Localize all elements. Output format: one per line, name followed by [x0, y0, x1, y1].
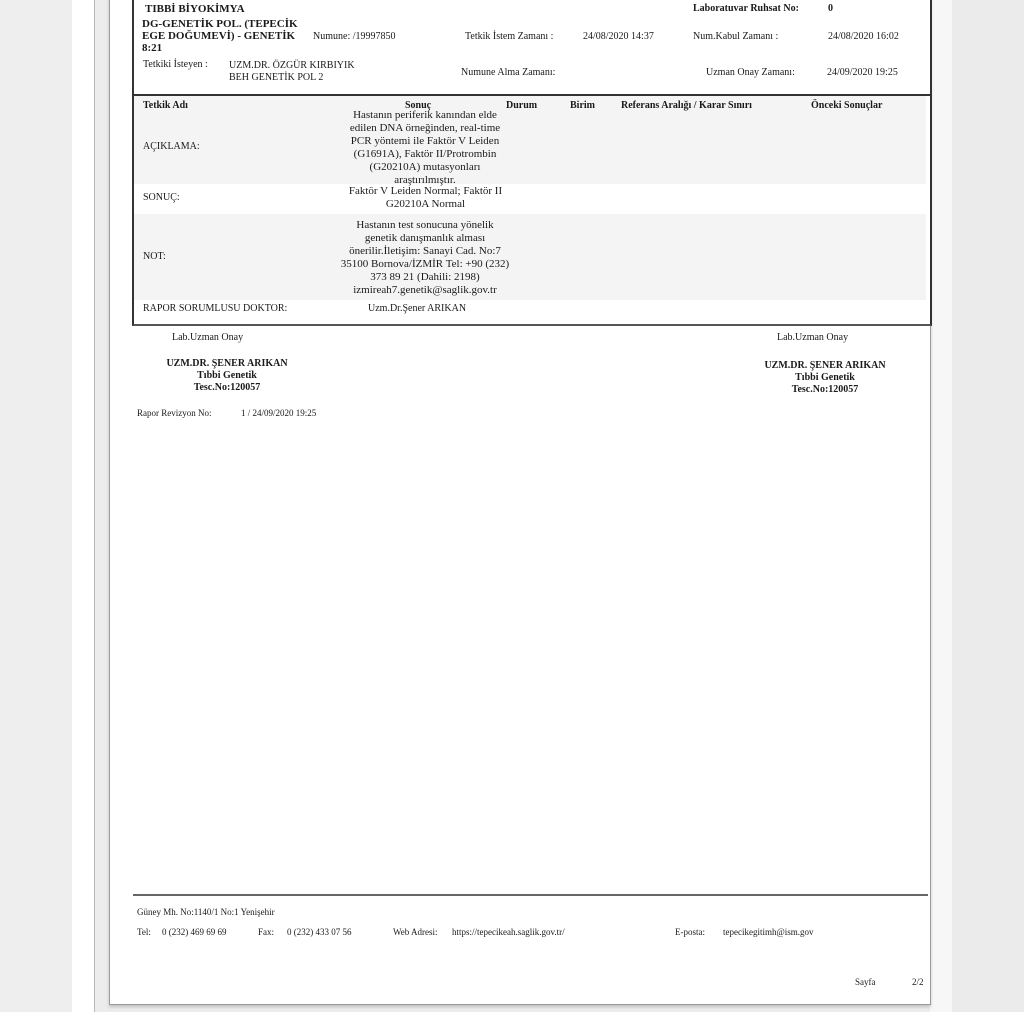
footer-fax-value: 0 (232) 433 07 56 — [287, 927, 352, 937]
unit-line-1: DG-GENETİK POL. (TEPECİK — [142, 18, 298, 30]
request-time-value: 24/08/2020 14:37 — [583, 31, 654, 42]
unit-name: DG-GENETİK POL. (TEPECİK EGE DOĞUMEVİ) -… — [142, 18, 298, 54]
approval-left-title: Lab.Uzman Onay — [172, 332, 243, 343]
acceptance-time-value: 24/08/2020 16:02 — [828, 31, 899, 42]
column-header-unit: Birim — [570, 100, 595, 111]
footer-tel-value: 0 (232) 469 69 69 — [162, 927, 227, 937]
revision-value: 1 / 24/09/2020 19:25 — [241, 408, 316, 418]
approval-right-title: Lab.Uzman Onay — [777, 332, 848, 343]
acceptance-time-label: Num.Kabul Zamanı : — [693, 31, 778, 42]
sample-number: Numune: /19997850 — [313, 31, 396, 42]
column-header-reference: Referans Aralığı / Karar Sınırı — [621, 100, 752, 111]
approval-left-registration: Tesc.No:120057 — [157, 382, 297, 394]
department-title: TIBBİ BİYOKİMYA — [145, 3, 245, 15]
requester-name: UZM.DR. ÖZGÜR KIRBIYIK — [229, 60, 355, 72]
footer-email-link[interactable]: tepecikegitimh@ism.gov — [723, 927, 814, 937]
sample-collection-label: Numune Alma Zamanı: — [461, 67, 555, 78]
footer-web-label: Web Adresi: — [393, 927, 438, 937]
approval-left-name: UZM.DR. ŞENER ARIKAN — [157, 358, 297, 370]
row-name-aciklama: AÇIKLAMA: — [143, 141, 200, 152]
approval-right-registration: Tesc.No:120057 — [755, 384, 895, 396]
approval-left-signature: UZM.DR. ŞENER ARIKAN Tıbbi Genetik Tesc.… — [157, 358, 297, 394]
footer-email-label: E-posta: — [675, 927, 705, 937]
footer-divider — [133, 894, 928, 896]
approval-left-specialty: Tıbbi Genetik — [157, 370, 297, 382]
row-name-responsible-doctor: RAPOR SORUMLUSU DOKTOR: — [143, 303, 287, 314]
column-header-previous: Önceki Sonuçlar — [811, 100, 882, 111]
footer-fax-label: Fax: — [258, 927, 274, 937]
expert-approval-value: 24/09/2020 19:25 — [827, 67, 898, 78]
page-label: Sayfa — [855, 977, 876, 987]
approval-right-name: UZM.DR. ŞENER ARIKAN — [755, 360, 895, 372]
footer-tel-label: Tel: — [137, 927, 151, 937]
row-name-sonuc: SONUÇ: — [143, 192, 180, 203]
viewer-background-right — [952, 0, 1024, 1012]
lab-license-value: 0 — [828, 3, 833, 14]
unit-line-2: EGE DOĞUMEVİ) - GENETİK — [142, 30, 298, 42]
column-header-test-name: Tetkik Adı — [143, 100, 188, 111]
requester-unit: BEH GENETİK POL 2 — [229, 72, 355, 84]
approval-right-specialty: Tıbbi Genetik — [755, 372, 895, 384]
viewer-margin-left — [72, 0, 95, 1012]
row-name-not: NOT: — [143, 251, 166, 262]
approval-right-signature: UZM.DR. ŞENER ARIKAN Tıbbi Genetik Tesc.… — [755, 360, 895, 396]
requester-label: Tetkiki İsteyen : — [143, 59, 208, 70]
requester: UZM.DR. ÖZGÜR KIRBIYIK BEH GENETİK POL 2 — [229, 60, 355, 84]
viewer-margin-right — [930, 0, 952, 1012]
column-header-status: Durum — [506, 100, 537, 111]
row-result-aciklama: Hastanın periferik kanından elde edilen … — [340, 109, 510, 187]
unit-line-3: 8:21 — [142, 42, 298, 54]
revision-label: Rapor Revizyon No: — [137, 408, 212, 418]
row-result-sonuc: Faktör V Leiden Normal; Faktör II G20210… — [338, 185, 513, 211]
footer-web-link[interactable]: https://tepecikeah.saglik.gov.tr/ — [452, 927, 565, 937]
expert-approval-label: Uzman Onay Zamanı: — [706, 67, 795, 78]
row-background-not — [134, 214, 926, 300]
page-number: 2/2 — [912, 977, 924, 987]
lab-license-label: Laboratuvar Ruhsat No: — [693, 3, 799, 14]
viewer-background-left — [0, 0, 72, 1012]
request-time-label: Tetkik İstem Zamanı : — [465, 31, 553, 42]
footer-address: Güney Mh. No:1140/1 No:1 Yenişehir — [137, 907, 275, 917]
row-result-responsible-doctor: Uzm.Dr.Şener ARIKAN — [368, 303, 466, 314]
row-result-not: Hastanın test sonucuna yönelik genetik d… — [340, 219, 510, 297]
